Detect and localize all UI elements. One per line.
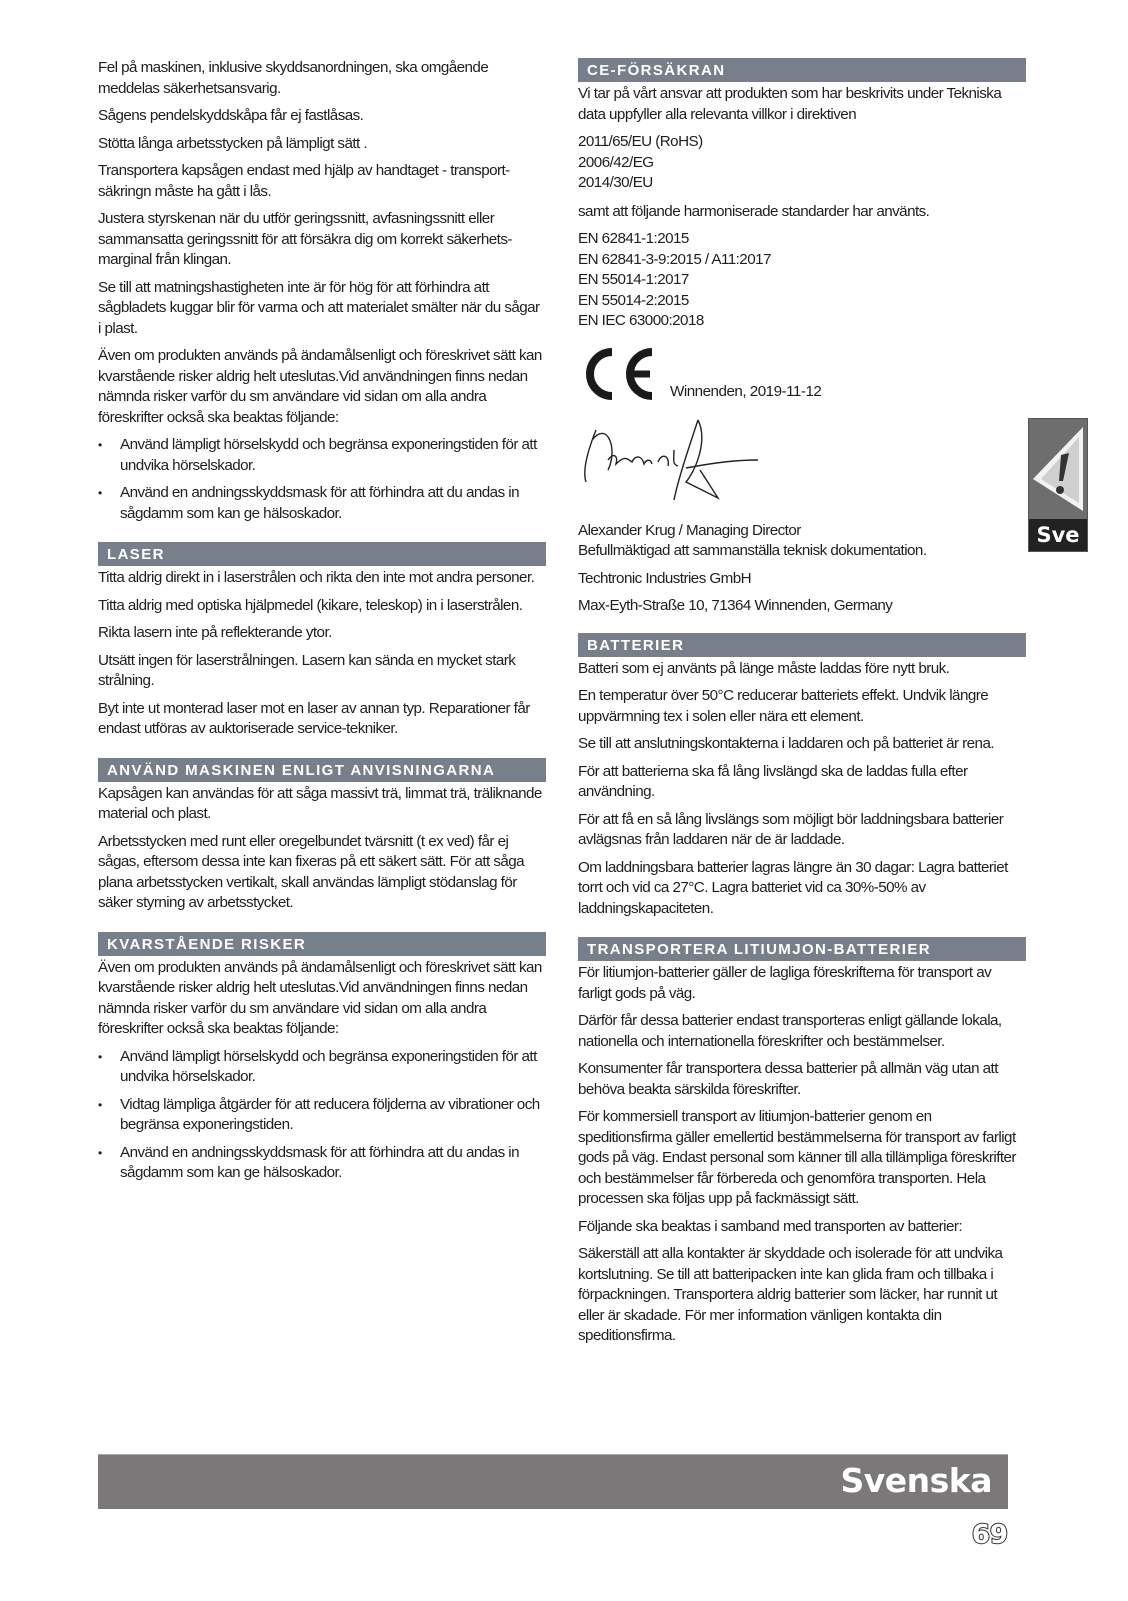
language-side-tab: Sve — [1028, 418, 1088, 552]
section-heading-laser: LASER — [98, 542, 546, 566]
bullet-item: Använd en andningsskyddsmask för att för… — [98, 483, 546, 524]
paragraph: Se till att matningshastigheten inte är … — [98, 278, 546, 340]
ce-mark-icon — [578, 346, 658, 402]
intro-bullet-list: Använd lämpligt hörselskydd och begränsa… — [98, 435, 546, 524]
right-column: CE-FÖRSÄKRAN Vi tar på vårt ansvar att p… — [578, 58, 1026, 1354]
footer-language: Svenska — [840, 1461, 992, 1500]
standard: EN 55014-2:2015 — [578, 291, 1026, 312]
footer-language-bar: Svenska — [98, 1454, 1008, 1509]
paragraph: För att få en så lång livslängs som möjl… — [578, 810, 1026, 851]
paragraph: Säkerställ att alla kontakter är skyddad… — [578, 1244, 1026, 1347]
side-tab-label: Sve — [1029, 519, 1087, 551]
standard: EN 55014-1:2017 — [578, 270, 1026, 291]
company: Techtronic Industries GmbH — [578, 569, 1026, 590]
paragraph: För kommersiell transport av litiumjon-b… — [578, 1107, 1026, 1210]
paragraph: Utsätt ingen för laserstrålningen. Laser… — [98, 651, 546, 692]
directive: 2011/65/EU (RoHS) — [578, 132, 1026, 153]
authorization: Befullmäktigad att sammanställa teknisk … — [578, 541, 1026, 562]
ce-intro: Vi tar på vårt ansvar att produkten som … — [578, 84, 1026, 125]
paragraph: Även om produkten används på ändamålsenl… — [98, 346, 546, 428]
standard: EN 62841-3-9:2015 / A11:2017 — [578, 250, 1026, 271]
paragraph: Transportera kapsågen endast med hjälp a… — [98, 161, 546, 202]
bullet-item: Använd lämpligt hörselskydd och begränsa… — [98, 435, 546, 476]
paragraph: Därför får dessa batterier endast transp… — [578, 1011, 1026, 1052]
paragraph: Följande ska beaktas i samband med trans… — [578, 1217, 1026, 1238]
paragraph: Kapsågen kan användas för att såga massi… — [98, 784, 546, 825]
signature-image — [578, 410, 778, 510]
left-column: Fel på maskinen, inklusive skyddsanordni… — [98, 58, 546, 1191]
paragraph: Arbetsstycken med runt eller oregelbunde… — [98, 832, 546, 914]
risks-bullet-list: Använd lämpligt hörselskydd och begränsa… — [98, 1047, 546, 1184]
section-heading-transport: TRANSPORTERA LITIUMJON-BATTERIER — [578, 937, 1026, 961]
section-heading-batteries: BATTERIER — [578, 633, 1026, 657]
paragraph: Sågens pendelskyddskåpa får ej fastlåsas… — [98, 106, 546, 127]
section-heading-risks: KVARSTÅENDE RISKER — [98, 932, 546, 956]
paragraph: Även om produkten används på ändamålsenl… — [98, 958, 546, 1040]
paragraph: Byt inte ut monterad laser mot en laser … — [98, 699, 546, 740]
standards-list: EN 62841-1:2015 EN 62841-3-9:2015 / A11:… — [578, 229, 1026, 332]
paragraph: Stötta långa arbetsstycken på lämpligt s… — [98, 134, 546, 155]
paragraph: Titta aldrig med optiska hjälpmedel (kik… — [98, 596, 546, 617]
signatory: Alexander Krug / Managing Director — [578, 521, 1026, 542]
directive: 2006/42/EG — [578, 153, 1026, 174]
bullet-item: Vidtag lämpliga åtgärder för att reducer… — [98, 1095, 546, 1136]
paragraph: Batteri som ej använts på länge måste la… — [578, 659, 1026, 680]
directive: 2014/30/EU — [578, 173, 1026, 194]
paragraph: Titta aldrig direkt in i laserstrålen oc… — [98, 568, 546, 589]
paragraph: För litiumjon-batterier gäller de laglig… — [578, 963, 1026, 1004]
paragraph: Se till att anslutningskontakterna i lad… — [578, 734, 1026, 755]
paragraph: Rikta lasern inte på reflekterande ytor. — [98, 623, 546, 644]
page-number: 69 — [972, 1520, 1008, 1550]
paragraph: Om laddningsbara batterier lagras längre… — [578, 858, 1026, 920]
bullet-item: Använd en andningsskyddsmask för att för… — [98, 1143, 546, 1184]
place-date: Winnenden, 2019-11-12 — [670, 383, 821, 400]
warning-icon — [1029, 419, 1087, 519]
section-heading-usage: ANVÄND MASKINEN ENLIGT ANVISNINGARNA — [98, 758, 546, 782]
standards-intro: samt att följande harmoniserade standard… — [578, 202, 1026, 223]
address: Max-Eyth-Straße 10, 71364 Winnenden, Ger… — [578, 596, 1026, 617]
directive-list: 2011/65/EU (RoHS) 2006/42/EG 2014/30/EU — [578, 132, 1026, 194]
ce-mark-row: Winnenden, 2019-11-12 — [578, 346, 1026, 402]
paragraph: För att batterierna ska få lång livsläng… — [578, 762, 1026, 803]
paragraph: Justera styrskenan när du utför geringss… — [98, 209, 546, 271]
bullet-item: Använd lämpligt hörselskydd och begränsa… — [98, 1047, 546, 1088]
paragraph: En temperatur över 50°C reducerar batter… — [578, 686, 1026, 727]
paragraph: Fel på maskinen, inklusive skyddsanordni… — [98, 58, 546, 99]
standard: EN IEC 63000:2018 — [578, 311, 1026, 332]
paragraph: Konsumenter får transportera dessa batte… — [578, 1059, 1026, 1100]
section-heading-ce: CE-FÖRSÄKRAN — [578, 58, 1026, 82]
standard: EN 62841-1:2015 — [578, 229, 1026, 250]
